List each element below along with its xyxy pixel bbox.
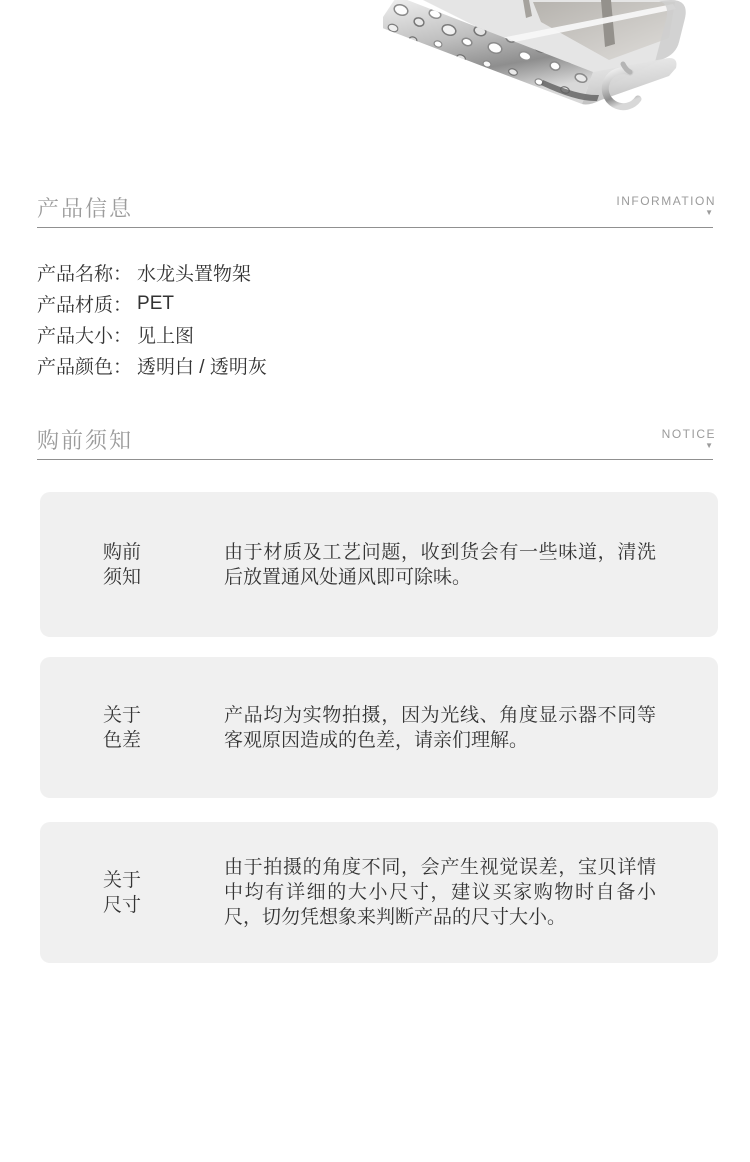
info-section-title: 产品信息	[37, 192, 133, 223]
notice-card-label: 购前 须知	[103, 540, 224, 590]
product-detail-page: 产品信息 INFORMATION ▼ 产品名称： 水龙头置物架 产品材质： PE…	[0, 0, 750, 1162]
info-row-color: 产品颜色： 透明白 / 透明灰	[37, 350, 267, 381]
info-value: 透明白 / 透明灰	[137, 352, 267, 379]
notice-section-divider	[37, 459, 713, 460]
product-photo	[383, 0, 725, 128]
notice-card-label: 关于 尺寸	[103, 868, 224, 918]
info-value: 见上图	[137, 321, 194, 348]
info-section-divider	[37, 227, 713, 228]
info-label: 产品名称：	[37, 259, 132, 286]
notice-card-label-line1: 关于	[103, 703, 224, 728]
notice-card-label-line2: 色差	[103, 728, 224, 753]
chevron-down-icon: ▼	[705, 209, 713, 217]
info-label: 产品材质：	[37, 290, 132, 317]
notice-card-body: 产品均为实物拍摄，因为光线、角度显示器不同等客观原因造成的色差，请亲们理解。	[224, 703, 656, 753]
notice-card-label-line1: 购前	[103, 540, 224, 565]
info-row-size: 产品大小： 见上图	[37, 319, 267, 350]
product-info-list: 产品名称： 水龙头置物架 产品材质： PET 产品大小： 见上图 产品颜色： 透…	[37, 257, 267, 381]
info-label: 产品大小：	[37, 321, 132, 348]
notice-card-label-line2: 尺寸	[103, 893, 224, 918]
info-section-tag: INFORMATION	[616, 194, 716, 208]
notice-card-color-difference: 关于 色差 产品均为实物拍摄，因为光线、角度显示器不同等客观原因造成的色差，请亲…	[40, 657, 718, 798]
info-row-name: 产品名称： 水龙头置物架	[37, 257, 267, 288]
notice-section-tag: NOTICE	[662, 427, 716, 441]
notice-card-body: 由于拍摄的角度不同，会产生视觉误差，宝贝详情中均有详细的大小尺寸，建议买家购物时…	[224, 855, 656, 930]
info-label: 产品颜色：	[37, 352, 132, 379]
chevron-down-icon: ▼	[705, 442, 713, 450]
info-value: 水龙头置物架	[137, 259, 251, 286]
notice-section-title: 购前须知	[37, 424, 133, 455]
notice-card-size: 关于 尺寸 由于拍摄的角度不同，会产生视觉误差，宝贝详情中均有详细的大小尺寸，建…	[40, 822, 718, 963]
notice-card-label-line2: 须知	[103, 565, 224, 590]
notice-card-label-line1: 关于	[103, 868, 224, 893]
notice-card-label: 关于 色差	[103, 703, 224, 753]
info-row-material: 产品材质： PET	[37, 288, 267, 319]
notice-card-body: 由于材质及工艺问题，收到货会有一些味道，清洗后放置通风处通风即可除味。	[224, 540, 656, 590]
faucet-rack-image	[383, 0, 725, 128]
info-value: PET	[137, 293, 174, 315]
notice-card-odor: 购前 须知 由于材质及工艺问题，收到货会有一些味道，清洗后放置通风处通风即可除味…	[40, 492, 718, 637]
